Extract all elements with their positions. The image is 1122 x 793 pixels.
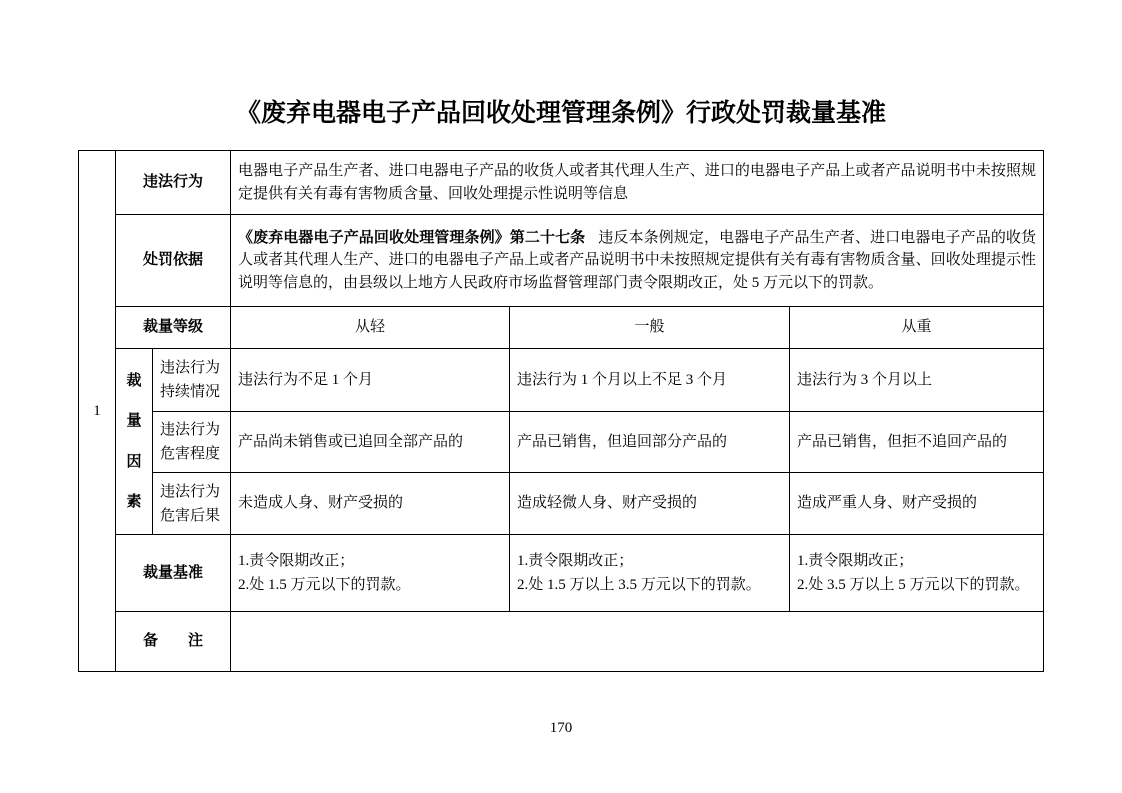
discretion-level-label: 裁量等级 [116,307,231,349]
factor-duration-label: 违法行为持续情况 [153,349,231,412]
penalty-discretion-table: 1 违法行为 电器电子产品生产者、进口电器电子产品的收货人或者其代理人生产、进口… [78,150,1044,672]
level-general: 一般 [510,307,790,349]
table-row-factor-duration: 裁量因素 违法行为持续情况 违法行为不足 1 个月 违法行为 1 个月以上不足 … [79,349,1044,412]
table-row-remarks: 备 注 [79,612,1044,672]
standard-heavy: 1.责令限期改正； 2.处 3.5 万以上 5 万元以下的罚款。 [790,535,1044,612]
factor-duration-general: 违法行为 1 个月以上不足 3 个月 [510,349,790,412]
item-number-cell: 1 [79,151,116,672]
illegal-act-content: 电器电子产品生产者、进口电器电子产品的收货人或者其代理人生产、进口的电器电子产品… [231,151,1044,215]
level-heavy: 从重 [790,307,1044,349]
factor-severity-light: 产品尚未销售或已追回全部产品的 [231,412,510,473]
discretion-factors-label: 裁量因素 [116,349,153,535]
factor-duration-light: 违法行为不足 1 个月 [231,349,510,412]
table-row-discretion-level: 裁量等级 从轻 一般 从重 [79,307,1044,349]
factor-consequence-light: 未造成人身、财产受损的 [231,473,510,535]
level-light: 从轻 [231,307,510,349]
page-number: 170 [0,720,1122,737]
standard-light: 1.责令限期改正； 2.处 1.5 万元以下的罚款。 [231,535,510,612]
factor-severity-label: 违法行为危害程度 [153,412,231,473]
statute-citation: 《废弃电器电子产品回收处理管理条例》第二十七条 [238,230,585,246]
factor-duration-heavy: 违法行为 3 个月以上 [790,349,1044,412]
table-row-factor-severity: 违法行为危害程度 产品尚未销售或已追回全部产品的 产品已销售，但追回部分产品的 … [79,412,1044,473]
factor-severity-heavy: 产品已销售，但拒不追回产品的 [790,412,1044,473]
table-row-penalty-basis: 处罚依据 《废弃电器电子产品回收处理管理条例》第二十七条违反本条例规定，电器电子… [79,215,1044,307]
page-title: 《废弃电器电子产品回收处理管理条例》行政处罚裁量基准 [0,97,1122,131]
remarks-content [231,612,1044,672]
factor-consequence-heavy: 造成严重人身、财产受损的 [790,473,1044,535]
discretion-standard-label: 裁量基准 [116,535,231,612]
document-page: { "page": { "title": "《废弃电器电子产品回收处理管理条例》… [0,0,1122,793]
factor-consequence-label: 违法行为危害后果 [153,473,231,535]
standard-general: 1.责令限期改正； 2.处 1.5 万以上 3.5 万元以下的罚款。 [510,535,790,612]
table-row-illegal-act: 1 违法行为 电器电子产品生产者、进口电器电子产品的收货人或者其代理人生产、进口… [79,151,1044,215]
table-row-discretion-standard: 裁量基准 1.责令限期改正； 2.处 1.5 万元以下的罚款。 1.责令限期改正… [79,535,1044,612]
penalty-basis-content: 《废弃电器电子产品回收处理管理条例》第二十七条违反本条例规定，电器电子产品生产者… [231,215,1044,307]
table-row-factor-consequence: 违法行为危害后果 未造成人身、财产受损的 造成轻微人身、财产受损的 造成严重人身… [79,473,1044,535]
factor-severity-general: 产品已销售，但追回部分产品的 [510,412,790,473]
discretion-factors-label-text: 裁量因素 [126,361,143,523]
remarks-label: 备 注 [116,612,231,672]
penalty-basis-label: 处罚依据 [116,215,231,307]
factor-consequence-general: 造成轻微人身、财产受损的 [510,473,790,535]
illegal-act-label: 违法行为 [116,151,231,215]
